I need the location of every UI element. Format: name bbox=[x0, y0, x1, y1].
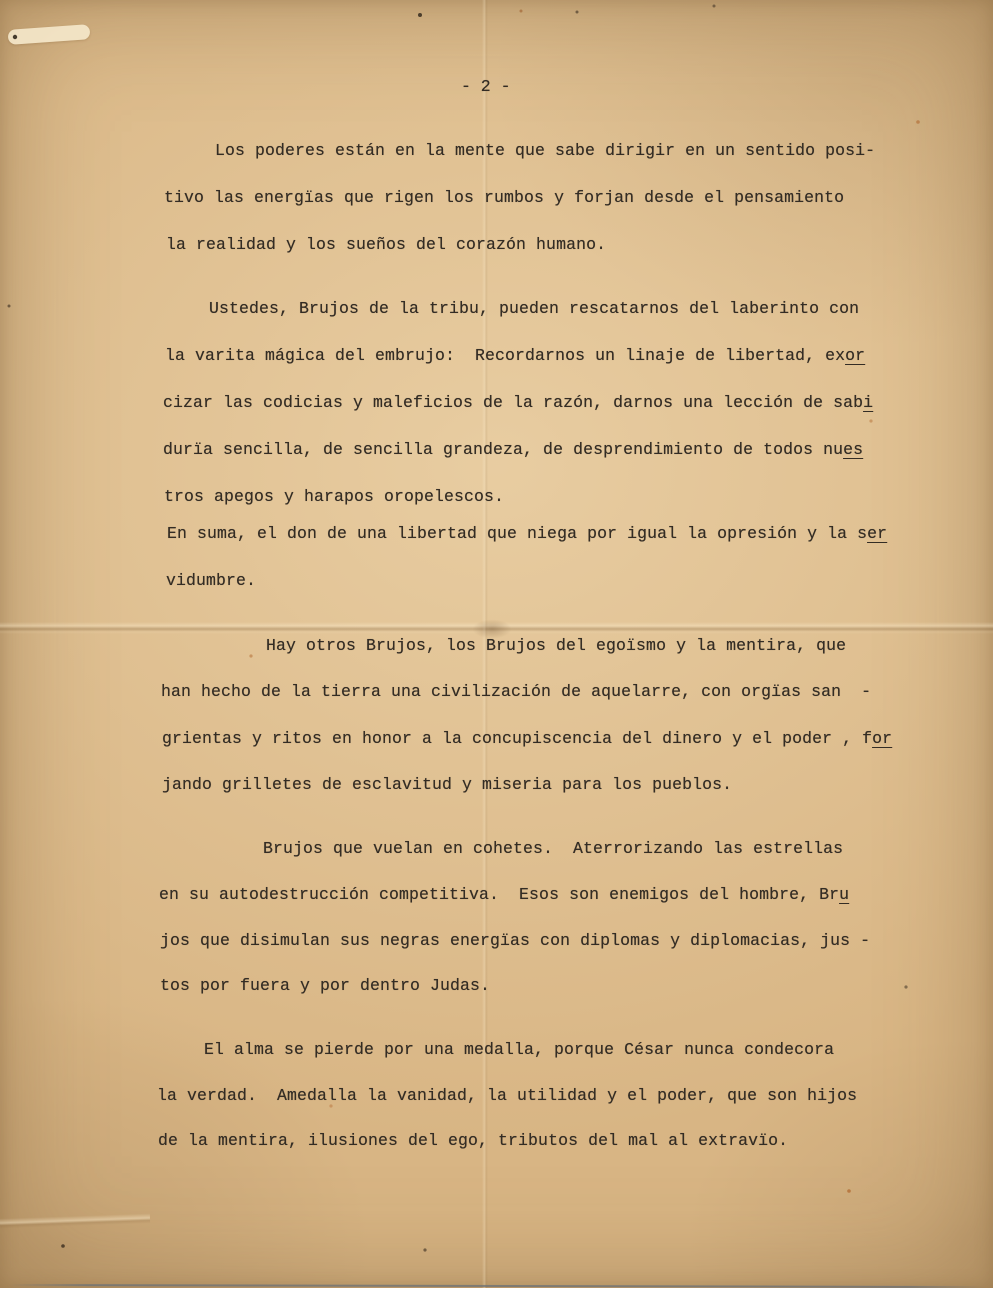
text-line: la varita mágica del embrujo: Recordarno… bbox=[165, 345, 865, 367]
text-line: tos por fuera y por dentro Judas. bbox=[160, 975, 490, 997]
scanned-document: - 2 - Los poderes están en la mente que … bbox=[0, 0, 1000, 1298]
underlined-syllable: i bbox=[863, 393, 873, 412]
text-line: En suma, el don de una libertad que nieg… bbox=[167, 523, 887, 545]
text-line: de la mentira, ilusiones del ego, tribut… bbox=[158, 1130, 788, 1152]
text-segment: Ustedes, Brujos de la tribu, pueden resc… bbox=[209, 299, 859, 318]
text-segment: Hay otros Brujos, los Brujos del egoïsmo… bbox=[266, 636, 846, 655]
text-line: jando grilletes de esclavitud y miseria … bbox=[162, 774, 732, 796]
text-segment: En suma, el don de una libertad que nieg… bbox=[167, 524, 867, 543]
text-line: cizar las codicias y maleficios de la ra… bbox=[163, 392, 873, 414]
scan-edge-right bbox=[993, 0, 1000, 1298]
text-line: en su autodestrucción competitiva. Esos … bbox=[159, 884, 849, 906]
text-line: durïa sencilla, de sencilla grandeza, de… bbox=[163, 439, 863, 461]
text-segment: El alma se pierde por una medalla, porqu… bbox=[204, 1040, 834, 1059]
text-line: la verdad. Amedalla la vanidad, la utili… bbox=[157, 1085, 857, 1107]
text-segment: cizar las codicias y maleficios de la ra… bbox=[163, 393, 863, 412]
text-segment: de la mentira, ilusiones del ego, tribut… bbox=[158, 1131, 788, 1150]
text-line: Hay otros Brujos, los Brujos del egoïsmo… bbox=[266, 635, 846, 657]
underlined-syllable: or bbox=[845, 346, 865, 365]
text-line: han hecho de la tierra una civilización … bbox=[161, 681, 871, 703]
paper-sheet: - 2 - Los poderes están en la mente que … bbox=[0, 0, 993, 1288]
document-text: Los poderes están en la mente que sabe d… bbox=[0, 0, 993, 1288]
text-line: jos que disimulan sus negras energïas co… bbox=[160, 930, 870, 952]
text-segment: tros apegos y harapos oropelescos. bbox=[164, 487, 504, 506]
text-segment: la realidad y los sueños del corazón hum… bbox=[166, 235, 606, 254]
text-line: Los poderes están en la mente que sabe d… bbox=[215, 140, 875, 162]
text-segment: la verdad. Amedalla la vanidad, la utili… bbox=[157, 1086, 857, 1105]
text-segment: tivo las energïas que rigen los rumbos y… bbox=[164, 188, 844, 207]
text-line: tivo las energïas que rigen los rumbos y… bbox=[164, 187, 844, 209]
underlined-syllable: er bbox=[867, 524, 887, 543]
text-segment: Los poderes están en la mente que sabe d… bbox=[215, 141, 875, 160]
text-line: Brujos que vuelan en cohetes. Aterroriza… bbox=[263, 838, 843, 860]
text-segment: Brujos que vuelan en cohetes. Aterroriza… bbox=[263, 839, 843, 858]
text-line: la realidad y los sueños del corazón hum… bbox=[166, 234, 606, 256]
text-segment: han hecho de la tierra una civilización … bbox=[161, 682, 871, 701]
text-segment: jos que disimulan sus negras energïas co… bbox=[160, 931, 870, 950]
text-line: tros apegos y harapos oropelescos. bbox=[164, 486, 504, 508]
text-segment: jando grilletes de esclavitud y miseria … bbox=[162, 775, 732, 794]
text-segment: durïa sencilla, de sencilla grandeza, de… bbox=[163, 440, 843, 459]
text-segment: en su autodestrucción competitiva. Esos … bbox=[159, 885, 839, 904]
text-segment: grientas y ritos en honor a la concupisc… bbox=[162, 729, 872, 748]
underlined-syllable: or bbox=[872, 729, 892, 748]
text-line: Ustedes, Brujos de la tribu, pueden resc… bbox=[209, 298, 859, 320]
underlined-syllable: es bbox=[843, 440, 863, 459]
text-segment: la varita mágica del embrujo: Recordarno… bbox=[165, 346, 845, 365]
text-line: grientas y ritos en honor a la concupisc… bbox=[162, 728, 892, 750]
underlined-syllable: u bbox=[839, 885, 849, 904]
text-segment: tos por fuera y por dentro Judas. bbox=[160, 976, 490, 995]
text-line: vidumbre. bbox=[166, 570, 256, 592]
scan-edge-bottom bbox=[0, 1288, 1000, 1298]
text-line: El alma se pierde por una medalla, porqu… bbox=[204, 1039, 834, 1061]
text-segment: vidumbre. bbox=[166, 571, 256, 590]
